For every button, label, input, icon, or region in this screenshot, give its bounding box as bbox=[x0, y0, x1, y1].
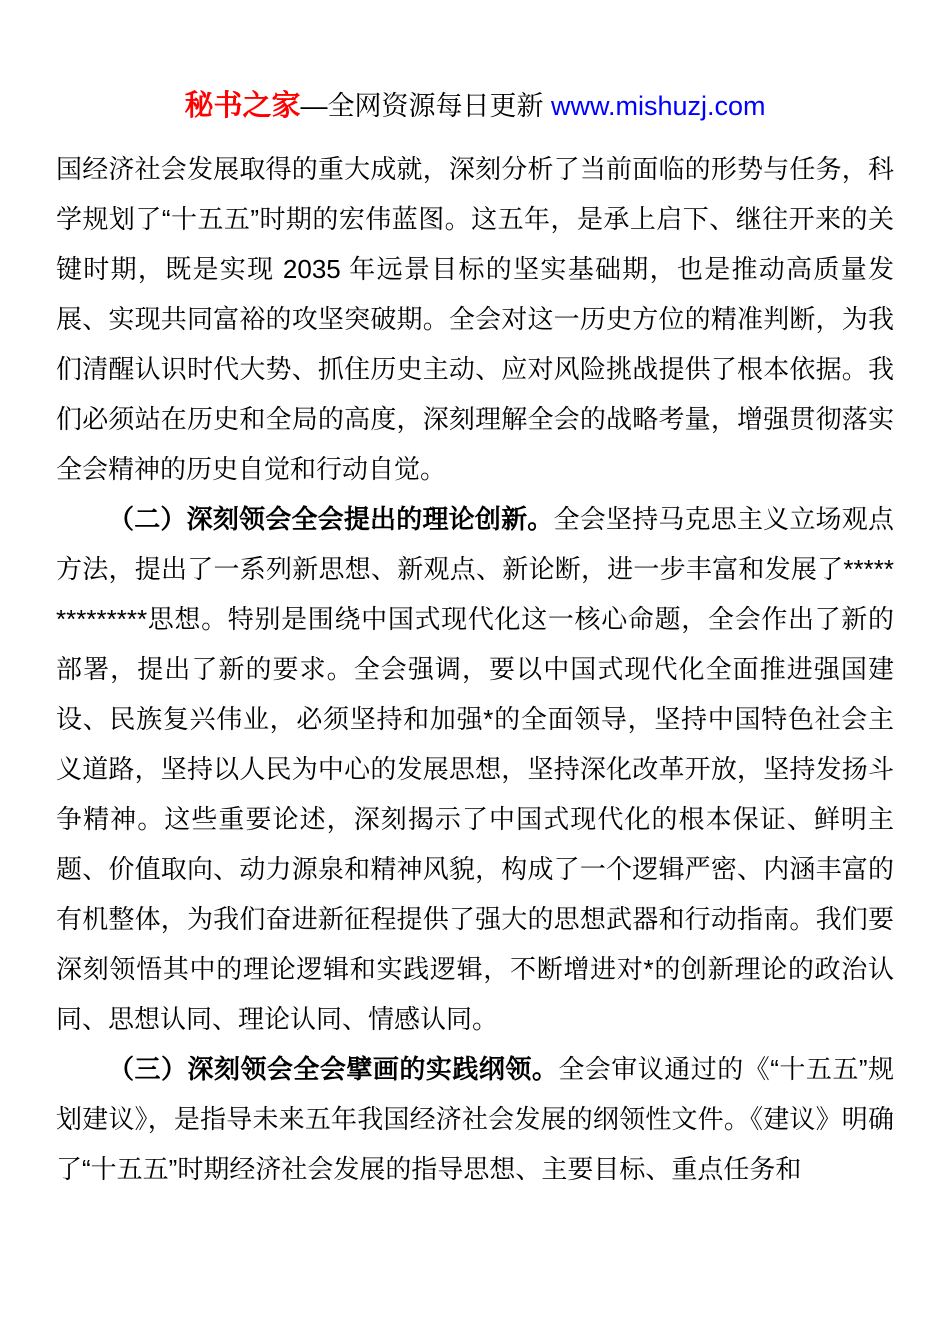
site-name: 秘书之家 bbox=[184, 90, 300, 122]
site-url-link[interactable]: www.mishuzj.com bbox=[551, 91, 766, 121]
body-paragraph: （三）深刻领会全会擘画的实践纲领。全会审议通过的《“十五五”规划建议》，是指导未… bbox=[56, 1044, 894, 1194]
document-page: 秘书之家—全网资源每日更新 www.mishuzj.com 国经济社会发展取得的… bbox=[0, 0, 950, 1344]
site-tagline: —全网资源每日更新 bbox=[300, 91, 551, 121]
paragraph-text: 全会坚持马克思主义立场观点方法，提出了一系列新思想、新观点、新论断，进一步丰富和… bbox=[56, 504, 894, 1034]
body-paragraph: 国经济社会发展取得的重大成就，深刻分析了当前面临的形势与任务，科学规划了“十五五… bbox=[56, 144, 894, 494]
body-paragraph: （二）深刻领会全会提出的理论创新。全会坚持马克思主义立场观点方法，提出了一系列新… bbox=[56, 494, 894, 1044]
paragraph-text: 国经济社会发展取得的重大成就，深刻分析了当前面临的形势与任务，科学规划了“十五五… bbox=[56, 154, 894, 484]
document-body: 国经济社会发展取得的重大成就，深刻分析了当前面临的形势与任务，科学规划了“十五五… bbox=[56, 144, 894, 1194]
page-header: 秘书之家—全网资源每日更新 www.mishuzj.com bbox=[56, 90, 894, 122]
paragraph-lead-bold: （二）深刻领会全会提出的理论创新。 bbox=[108, 504, 554, 534]
paragraph-lead-bold: （三）深刻领会全会擘画的实践纲领。 bbox=[108, 1054, 558, 1084]
